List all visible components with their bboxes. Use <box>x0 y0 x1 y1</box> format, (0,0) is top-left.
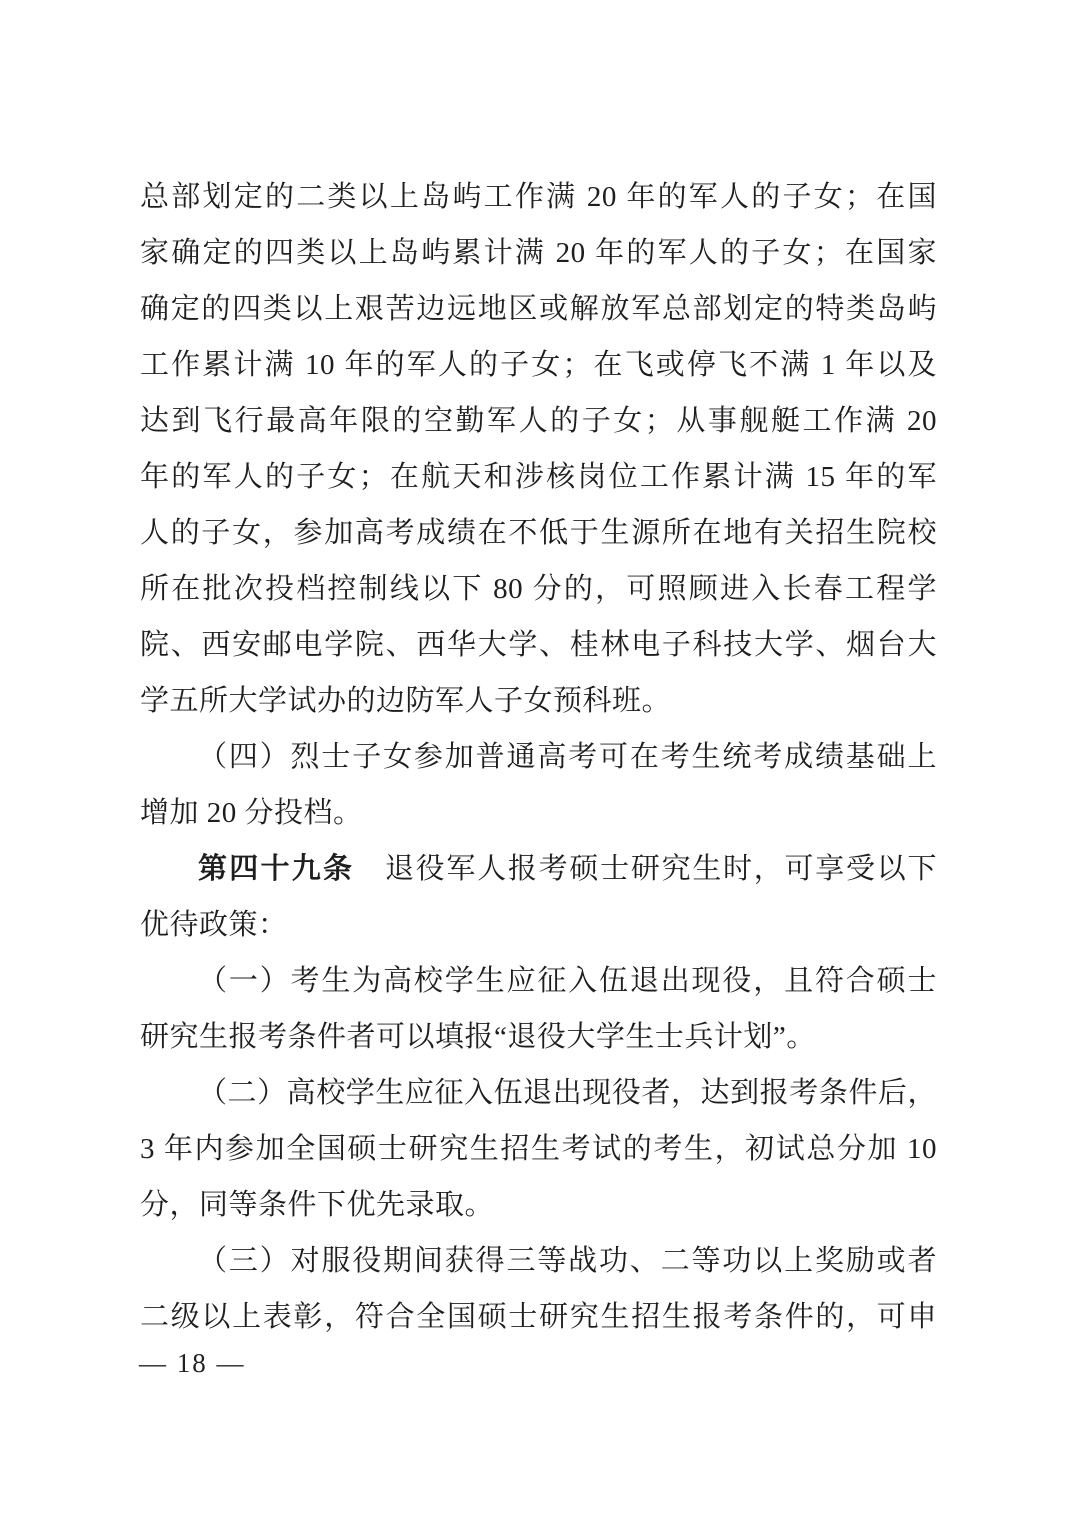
text-line: （一）考生为高校学生应征入伍退出现役，且符合硕士 <box>140 964 937 998</box>
text-line: 院、西安邮电学院、西华大学、桂林电子科技大学、烟台大 <box>140 628 937 662</box>
text-line: 增加 20 分投档。 <box>140 796 937 830</box>
text-line: （三）对服役期间获得三等战功、二等功以上奖励或者 <box>140 1244 937 1278</box>
text-line: （四）烈士子女参加普通高考可在考生统考成绩基础上 <box>140 740 937 774</box>
text-line: 研究生报考条件者可以填报“退役大学生士兵计划”。 <box>140 1020 937 1054</box>
text-line: （二）高校学生应征入伍退出现役者，达到报考条件后， <box>140 1076 937 1110</box>
text-line: 所在批次投档控制线以下 80 分的，可照顾进入长春工程学 <box>140 572 937 606</box>
text-line: 人的子女，参加高考成绩在不低于生源所在地有关招生院校 <box>140 516 937 550</box>
page-number: — 18 — <box>139 1348 246 1378</box>
text-line: 工作累计满 10 年的军人的子女；在飞或停飞不满 1 年以及 <box>140 348 937 382</box>
article-heading-rest: 退役军人报考硕士研究生时，可享受以下 <box>354 853 937 885</box>
text-line-article-49: 第四十九条 退役军人报考硕士研究生时，可享受以下 <box>140 852 937 886</box>
text-line: 确定的四类以上艰苦边远地区或解放军总部划定的特类岛屿 <box>140 292 937 326</box>
document-page: 总部划定的二类以上岛屿工作满 20 年的军人的子女；在国 家确定的四类以上岛屿累… <box>0 0 1074 1514</box>
text-line: 分，同等条件下优先录取。 <box>140 1188 937 1222</box>
text-line: 3 年内参加全国硕士研究生招生考试的考生，初试总分加 10 <box>140 1132 937 1166</box>
text-line: 优待政策： <box>140 908 937 942</box>
text-line: 学五所大学试办的边防军人子女预科班。 <box>140 684 937 718</box>
text-line: 二级以上表彰，符合全国硕士研究生招生报考条件的，可申 <box>140 1300 937 1334</box>
text-line: 年的军人的子女；在航天和涉核岗位工作累计满 15 年的军 <box>140 460 937 494</box>
text-line: 总部划定的二类以上岛屿工作满 20 年的军人的子女；在国 <box>140 180 937 214</box>
text-line: 达到飞行最高年限的空勤军人的子女；从事舰艇工作满 20 <box>140 404 937 438</box>
article-heading: 第四十九条 <box>198 853 354 885</box>
text-line: 家确定的四类以上岛屿累计满 20 年的军人的子女；在国家 <box>140 236 937 270</box>
